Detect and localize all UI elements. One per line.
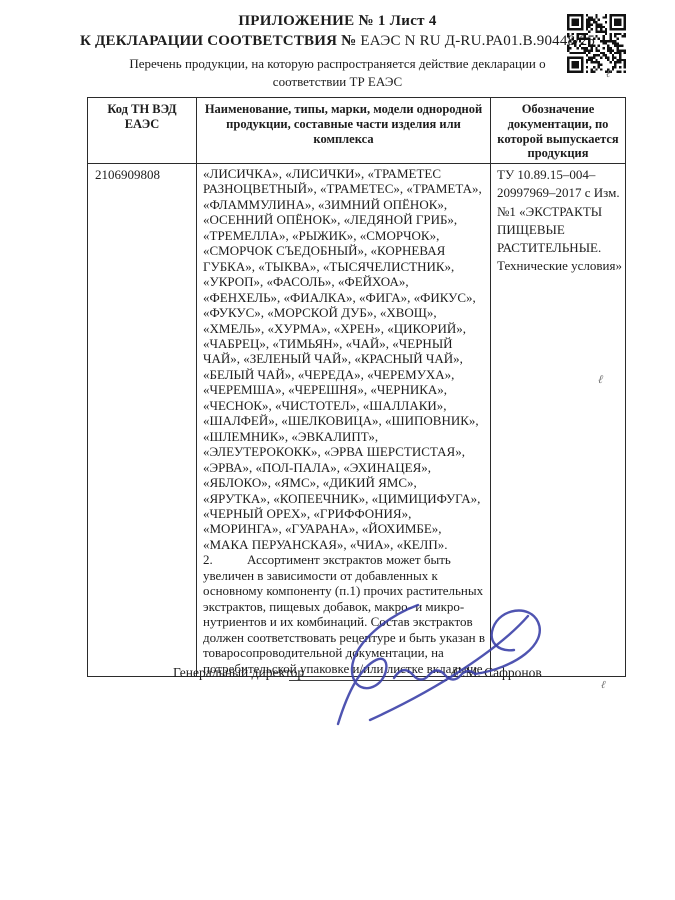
header-names-column: Наименование, типы, марки, модели одноро… [197,98,491,164]
table-row: 2106909808 «ЛИСИЧКА», «ЛИСИЧКИ», «ТРАМЕТ… [88,164,626,677]
tn-ved-code-cell: 2106909808 [88,164,197,677]
director-position-label: Генеральный директор [173,665,304,681]
pen-mark: ℓ [605,68,611,79]
qr-code [567,13,626,74]
clause-2-text: Ассортимент экстрактов может быть увелич… [203,552,486,675]
signer-name: С.М. Сафронов [453,665,542,681]
product-names-cell: «ЛИСИЧКА», «ЛИСИЧКИ», «ТРАМЕТЕС РАЗНОЦВЕ… [197,164,491,677]
header-docs-column: Обозначение документации, по которой вып… [491,98,626,164]
products-table: Код ТН ВЭД ЕАЭС Наименование, типы, марк… [87,97,626,677]
clause-2-number: 2. [203,552,247,567]
document-subtitle: Перечень продукции, на которую распростр… [107,55,569,92]
documentation-cell: ТУ 10.89.15–004–20997969–2017 с Изм. №1 … [491,164,626,677]
declaration-title: К ДЕКЛАРАЦИИ СООТВЕТСТВИЯ № [80,33,356,49]
product-names-list: «ЛИСИЧКА», «ЛИСИЧКИ», «ТРАМЕТЕС РАЗНОЦВЕ… [203,166,486,552]
signature-line [289,664,447,681]
table-header-row: Код ТН ВЭД ЕАЭС Наименование, типы, марк… [88,98,626,164]
pen-mark: ℓ [600,679,606,690]
header-code-column: Код ТН ВЭД ЕАЭС [88,98,197,164]
clause-2: 2.Ассортимент экстрактов может быть увел… [203,552,486,676]
declaration-number: ЕАЭС N RU Д-RU.РА01.В.90448/25 [360,33,595,49]
